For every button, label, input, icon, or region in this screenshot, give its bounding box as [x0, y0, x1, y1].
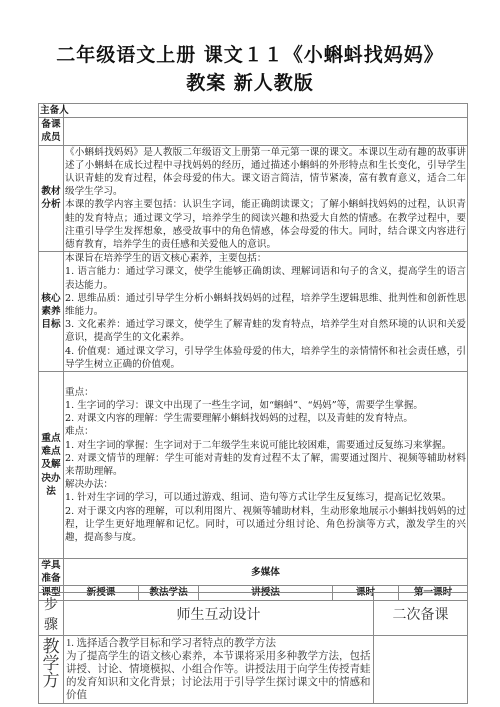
literacy-label: 核心素养目标: [39, 252, 64, 372]
literacy-paragraph: 4. 价值观：通过课文学习，引导学生体验母爱的伟大，培养学生的亲情情怀和社会责任…: [65, 345, 466, 371]
tools-label: 学具准备: [39, 559, 64, 586]
literacy-content: 本课旨在培养学生的语文核心素养，主要包括： 1. 语言能力：通过学习课文，使学生…: [64, 252, 468, 372]
literacy-paragraph: 本课旨在培养学生的语文核心素养，主要包括：: [65, 252, 466, 265]
method-line: 1. 选择适合教学目标和学习者特点的教学方法: [66, 637, 371, 650]
literacy-paragraph: 3. 文化素养：通过学习课文，使学生了解青蛙的发育特点，培养学生对自然环境的认识…: [65, 318, 466, 344]
method-line: 为了提高学生的语文核心素养，本节课将采用多种教学方法，包括讲授、讨论、情境模拟、…: [66, 650, 371, 702]
members-label: 备课成员: [39, 118, 64, 145]
key-points-paragraph: 1. 对生字词的掌握：生字词对于二年级学生来说可能比较困难，需要通过反复练习来掌…: [65, 439, 466, 452]
literacy-paragraph: 1. 语言能力：通过学习课文，使学生能够正确朗读、理解词语和句子的含义，提高学生…: [65, 265, 466, 291]
members-row: 备课成员: [39, 118, 468, 145]
analysis-content: 《小蝌蚪找妈妈》是人教版二年级语文上册第一单元第一课的课文。本课以生动有趣的故事…: [64, 145, 468, 252]
preparer-value[interactable]: [64, 104, 468, 118]
second-preparation-notes[interactable]: [374, 636, 468, 704]
tools-value: 多媒体: [64, 559, 468, 586]
analysis-paragraph: 《小蝌蚪找妈妈》是人教版二年级语文上册第一单元第一课的课文。本课以生动有趣的故事…: [65, 146, 466, 199]
key-points-content: 重点： 1. 生字词的学习：课文中出现了一些生字词，如“蝌蚪”、“妈妈”等，需要…: [64, 372, 468, 559]
teaching-method-step-label: 教学方: [39, 636, 64, 704]
teaching-method-content: 1. 选择适合教学目标和学习者特点的教学方法 为了提高学生的语文核心素养，本节课…: [64, 636, 374, 704]
key-points-paragraph: 1. 生字词的学习：课文中出现了一些生字词，如“蝌蚪”、“妈妈”等，需要学生掌握…: [65, 399, 466, 412]
interaction-design-label: 师生互动设计: [64, 593, 374, 636]
tools-row: 学具准备 多媒体: [39, 559, 468, 586]
steps-table: 步骤 师生互动设计 二次备课 教学方 1. 选择适合教学目标和学习者特点的教学方…: [38, 592, 468, 704]
steps-header-row: 步骤 师生互动设计 二次备课: [39, 593, 468, 636]
members-value[interactable]: [64, 118, 468, 145]
key-points-paragraph: 解决办法：: [65, 478, 466, 491]
key-points-label: 重点难点及解决办法: [39, 372, 64, 559]
key-points-row: 重点难点及解决办法 重点： 1. 生字词的学习：课文中出现了一些生字词，如“蝌蚪…: [39, 372, 468, 559]
preparer-label: 主备人: [39, 104, 64, 118]
key-points-paragraph: 1. 针对生字词的学习，可以通过游戏、组词、造句等方式让学生反复练习，提高记忆效…: [65, 491, 466, 504]
analysis-row: 教材分析 《小蝌蚪找妈妈》是人教版二年级语文上册第一单元第一课的课文。本课以生动…: [39, 145, 468, 252]
key-points-paragraph: 2. 对课文内容的理解：学生需要理解小蝌蚪找妈妈的过程，以及青蛙的发育特点。: [65, 412, 466, 425]
literacy-row: 核心素养目标 本课旨在培养学生的语文核心素养，主要包括： 1. 语言能力：通过学…: [39, 252, 468, 372]
analysis-label: 教材分析: [39, 145, 64, 252]
step-label: 步骤: [39, 593, 64, 636]
document-title: 二年级语文上册 课文１１《小蝌蚪找妈妈》: [0, 40, 500, 67]
second-preparation-label: 二次备课: [374, 593, 468, 636]
literacy-paragraph: 2. 思维品质：通过引导学生分析小蝌蚪找妈妈的过程，培养学生逻辑思维、批判性和创…: [65, 292, 466, 318]
key-points-paragraph: 难点：: [65, 425, 466, 438]
key-points-paragraph: 2. 对课文情节的理解：学生可能对青蛙的发育过程不太了解，需要通过图片、视频等辅…: [65, 452, 466, 478]
key-points-paragraph: 2. 对于课文内容的理解，可以利用图片、视频等辅助材料，生动形象地展示小蝌蚪找妈…: [65, 505, 466, 545]
preparer-row: 主备人: [39, 104, 468, 118]
analysis-paragraph: 本课的教学内容主要包括：认识生字词，能正确朗读课文；了解小蝌蚪找妈妈的过程，认识…: [65, 198, 466, 251]
lesson-plan-table: 主备人 备课成员 教材分析 《小蝌蚪找妈妈》是人教版二年级语文上册第一单元第一课…: [38, 103, 468, 601]
key-points-paragraph: 重点：: [65, 386, 466, 399]
teaching-method-row: 教学方 1. 选择适合教学目标和学习者特点的教学方法 为了提高学生的语文核心素养…: [39, 636, 468, 704]
document-subtitle: 教案 新人教版: [0, 68, 500, 95]
